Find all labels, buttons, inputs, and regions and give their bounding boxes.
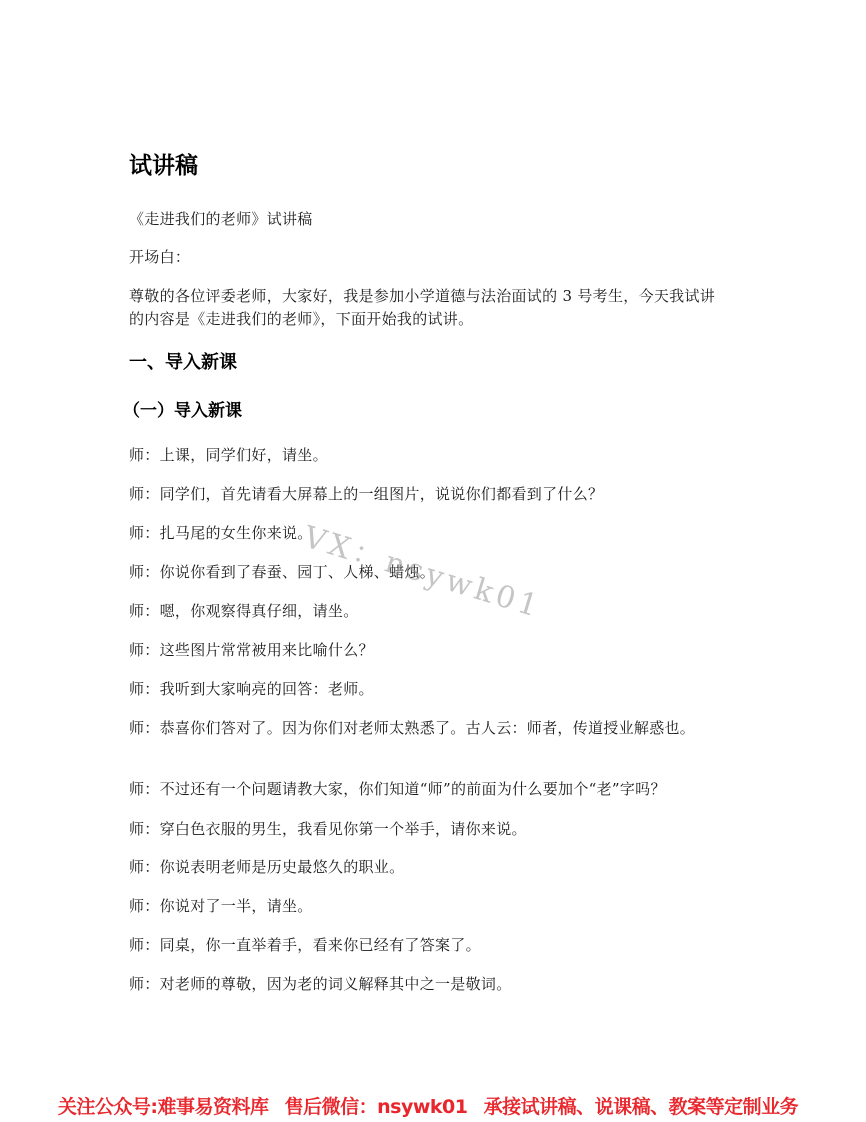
footer-wechat: 售后微信：nsywk01: [285, 1096, 468, 1118]
dialogue-line: 师：恭喜你们答对了。因为你们对老师太熟悉了。古人云：师者，传道授业解惑也。: [129, 717, 729, 740]
dialogue-line: 师：同学们，首先请看大屏幕上的一组图片，说说你们都看到了什么？: [129, 483, 729, 506]
dialogue-line: 师：扎马尾的女生你来说。: [129, 522, 729, 545]
section-heading: 一、导入新课: [129, 350, 237, 376]
dialogue-line: 师：不过还有一个问题请教大家，你们知道“师”的前面为什么要加个“老”字吗？: [129, 778, 729, 801]
footer-services: 承接试讲稿、说课稿、教案等定制业务: [484, 1096, 799, 1118]
dialogue-line: 师：上课，同学们好，请坐。: [129, 444, 729, 467]
dialogue-line: 师：穿白色衣服的男生，我看见你第一个举手，请你来说。: [129, 818, 729, 841]
dialogue-line: 师：嗯，你观察得真仔细，请坐。: [129, 600, 729, 623]
dialogue-line: 师：我听到大家响亮的回答：老师。: [129, 678, 729, 701]
subsection-heading: （一）导入新课: [123, 398, 242, 424]
footer-banner: 关注公众号:难事易资料库 售后微信：nsywk01 承接试讲稿、说课稿、教案等定…: [0, 1092, 866, 1122]
opening-paragraph: 尊敬的各位评委老师，大家好，我是参加小学道德与法治面试的 3 号考生，今天我试讲…: [129, 285, 729, 331]
footer-account: 关注公众号:难事易资料库: [58, 1096, 269, 1118]
dialogue-line: 师：同桌，你一直举着手，看来你已经有了答案了。: [129, 934, 729, 957]
dialogue-line: 师：你说表明老师是历史最悠久的职业。: [129, 856, 729, 879]
document-title: 试讲稿: [129, 150, 198, 182]
dialogue-line: 师：你说对了一半，请坐。: [129, 895, 729, 918]
dialogue-line: 师：对老师的尊敬，因为老的词义解释其中之一是敬词。: [129, 973, 729, 996]
opening-label: 开场白：: [129, 246, 729, 269]
dialogue-line: 师：这些图片常常被用来比喻什么？: [129, 639, 729, 662]
document-subtitle: 《走进我们的老师》试讲稿: [129, 208, 729, 231]
